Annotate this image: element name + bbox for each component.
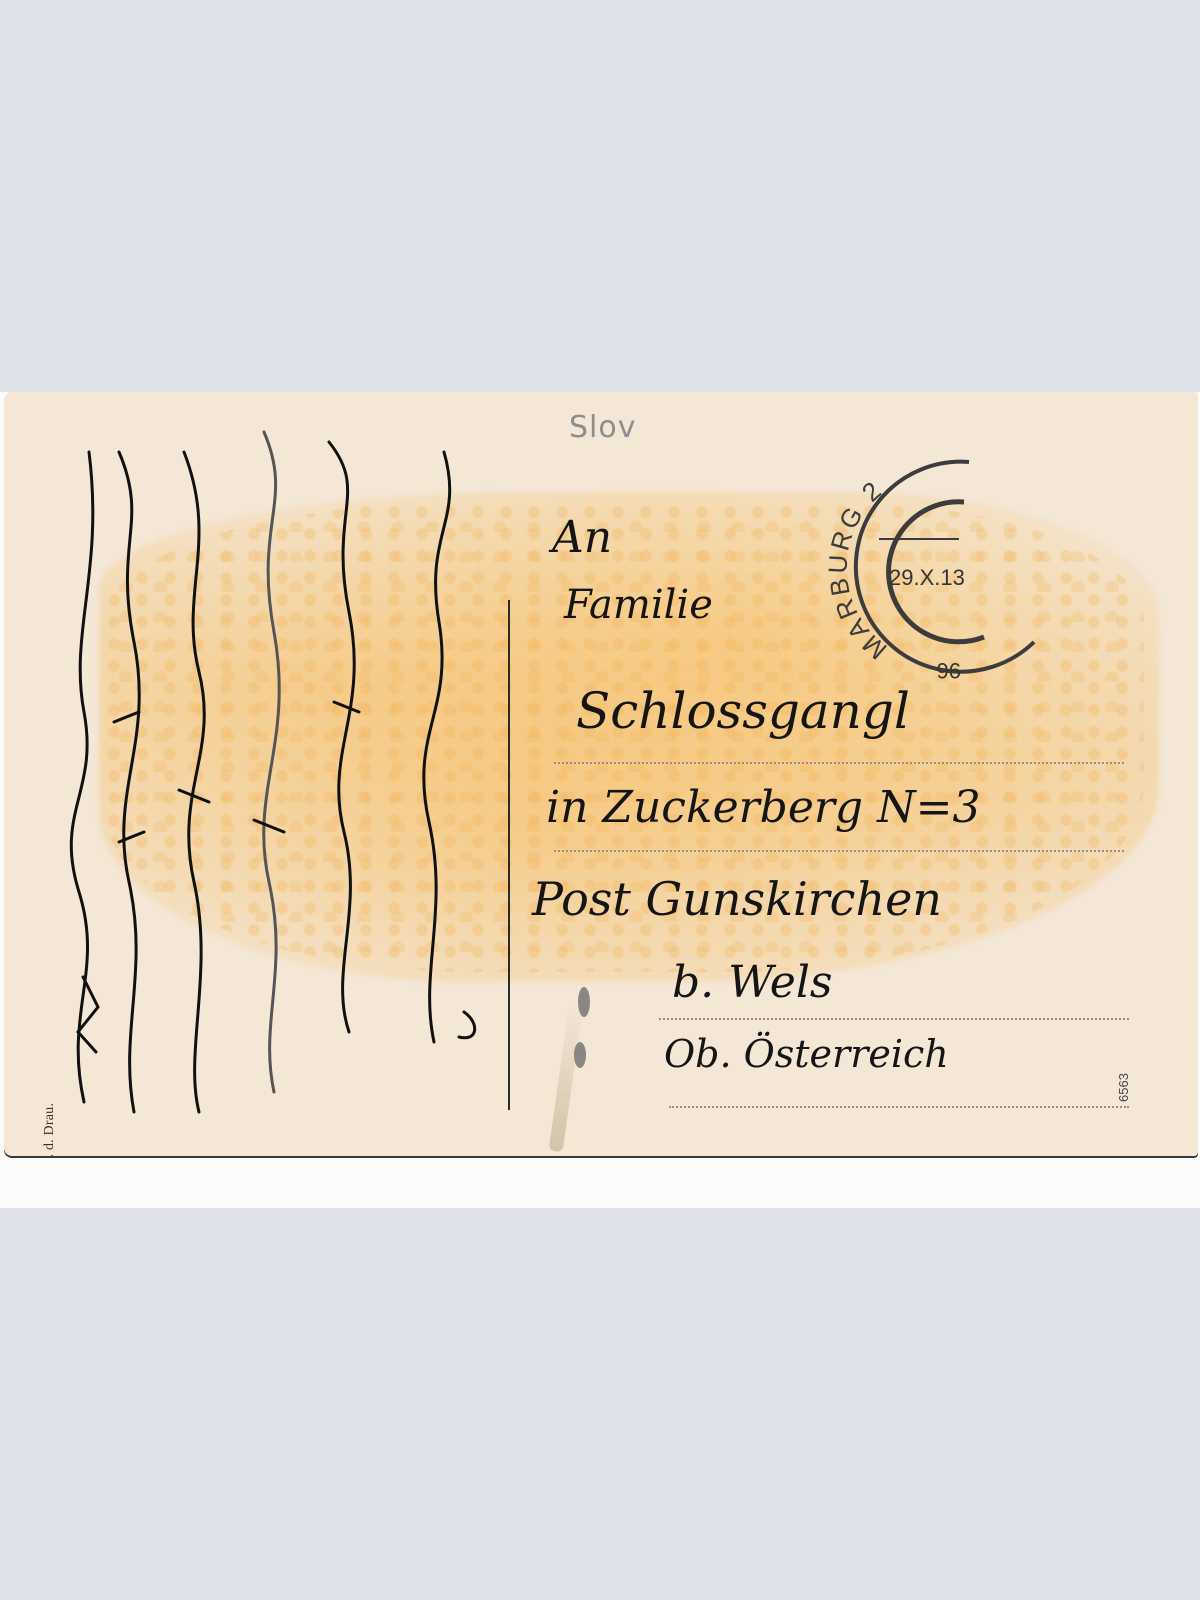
postmark-date: 29.X.13 [889, 565, 965, 590]
postmark-code: 96 [937, 658, 961, 683]
address-dotted-line [554, 850, 1124, 852]
pencil-annotation: Slov [569, 410, 637, 445]
address-line-3: Schlossgangl [576, 682, 910, 740]
ink-smudge [578, 987, 590, 1017]
stain-streak [549, 1002, 584, 1152]
address-line-5: Post Gunskirchen [532, 872, 942, 926]
address-line-6: b. Wels [672, 957, 832, 1008]
postcard: Slov Papierhandlung Rudolf Gasser, Marbu… [4, 392, 1198, 1156]
center-divider-line [508, 600, 510, 1110]
address-dotted-line [669, 1106, 1129, 1108]
address-line-7: Ob. Österreich [664, 1032, 949, 1076]
card-number: 6563 [1116, 1073, 1131, 1102]
address-dotted-line [554, 762, 1124, 764]
ink-smudge [574, 1042, 586, 1068]
postmark: MARBURG 2 29.X.13 96 [819, 447, 1059, 687]
address-dotted-line [659, 1018, 1129, 1020]
address-line-1: An [552, 512, 612, 563]
address-line-2: Familie [564, 582, 713, 628]
handwritten-message [24, 412, 514, 1152]
address-line-4: in Zuckerberg N=3 [546, 782, 980, 833]
